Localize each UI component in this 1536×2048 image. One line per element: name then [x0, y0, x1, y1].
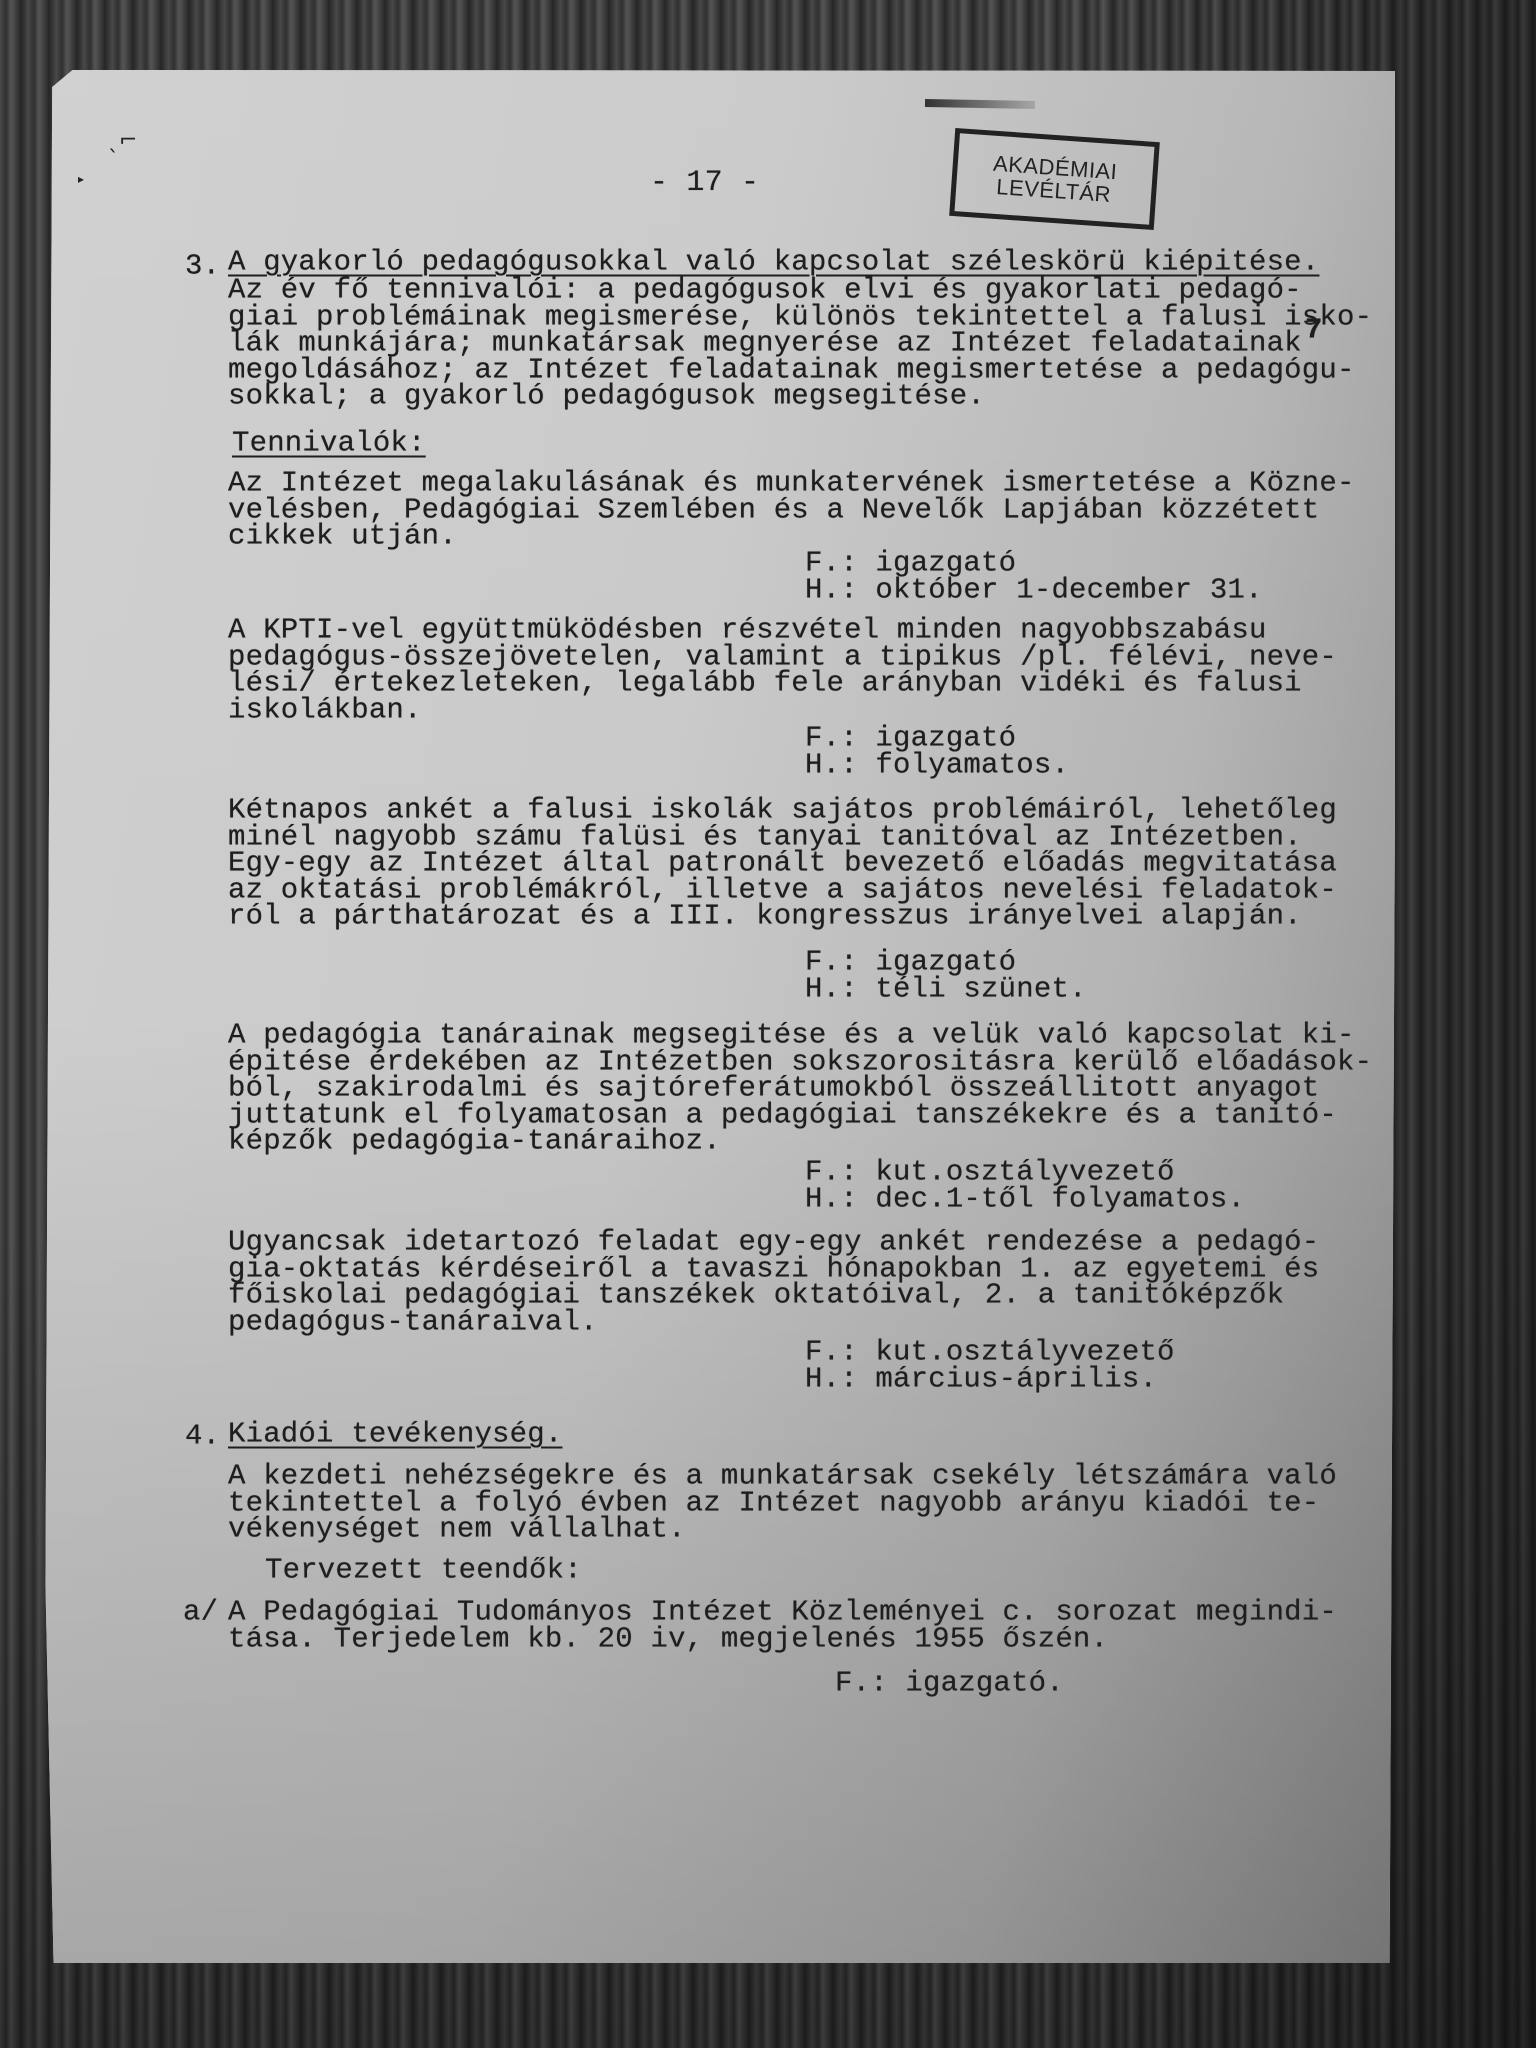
responsible-person: F.: igazgató.: [835, 1669, 1064, 1698]
planned-heading: Tervezett teendők:: [265, 1556, 582, 1585]
task-line: iskolákban.: [228, 695, 422, 724]
section-4-number: 4.: [185, 1422, 220, 1451]
deadline: H.: téli szünet.: [805, 975, 1087, 1004]
ink-mark: ˎ⌐: [108, 128, 137, 153]
task-line: ról a párthatározat és a III. kongresszu…: [228, 902, 1302, 931]
ink-dot: ▸: [78, 172, 84, 186]
item-marker: a/: [183, 1598, 218, 1627]
archive-stamp: AKADÉMIAI LEVÉLTÁR: [949, 128, 1160, 230]
item-line: tása. Terjedelem kb. 20 iv, megjelenés 1…: [228, 1624, 1108, 1653]
section-4-title: Kiadói tevékenység.: [228, 1420, 562, 1449]
tasks-heading: Tennivalók:: [232, 429, 426, 458]
intro-line: vékenységet nem vállalhat.: [228, 1515, 686, 1544]
deadline: H.: folyamatos.: [805, 751, 1069, 780]
task-line: cikkek utján.: [228, 522, 457, 551]
deadline: H.: dec.1-től folyamatos.: [805, 1185, 1245, 1214]
deadline: H.: március-április.: [805, 1365, 1157, 1394]
intro-line: sokkal; a gyakorló pedagógusok megsegité…: [228, 382, 985, 411]
deadline: H.: október 1-december 31.: [805, 576, 1263, 605]
page-number: - 17 -: [650, 168, 759, 198]
section-3-number: 3.: [185, 252, 220, 281]
section-3-title: A gyakorló pedagógusokkal való kapcsolat…: [228, 248, 1319, 277]
task-line: képzők pedagógia-tanáraihoz.: [228, 1127, 721, 1156]
task-line: pedagógus-tanáraival.: [228, 1307, 598, 1336]
